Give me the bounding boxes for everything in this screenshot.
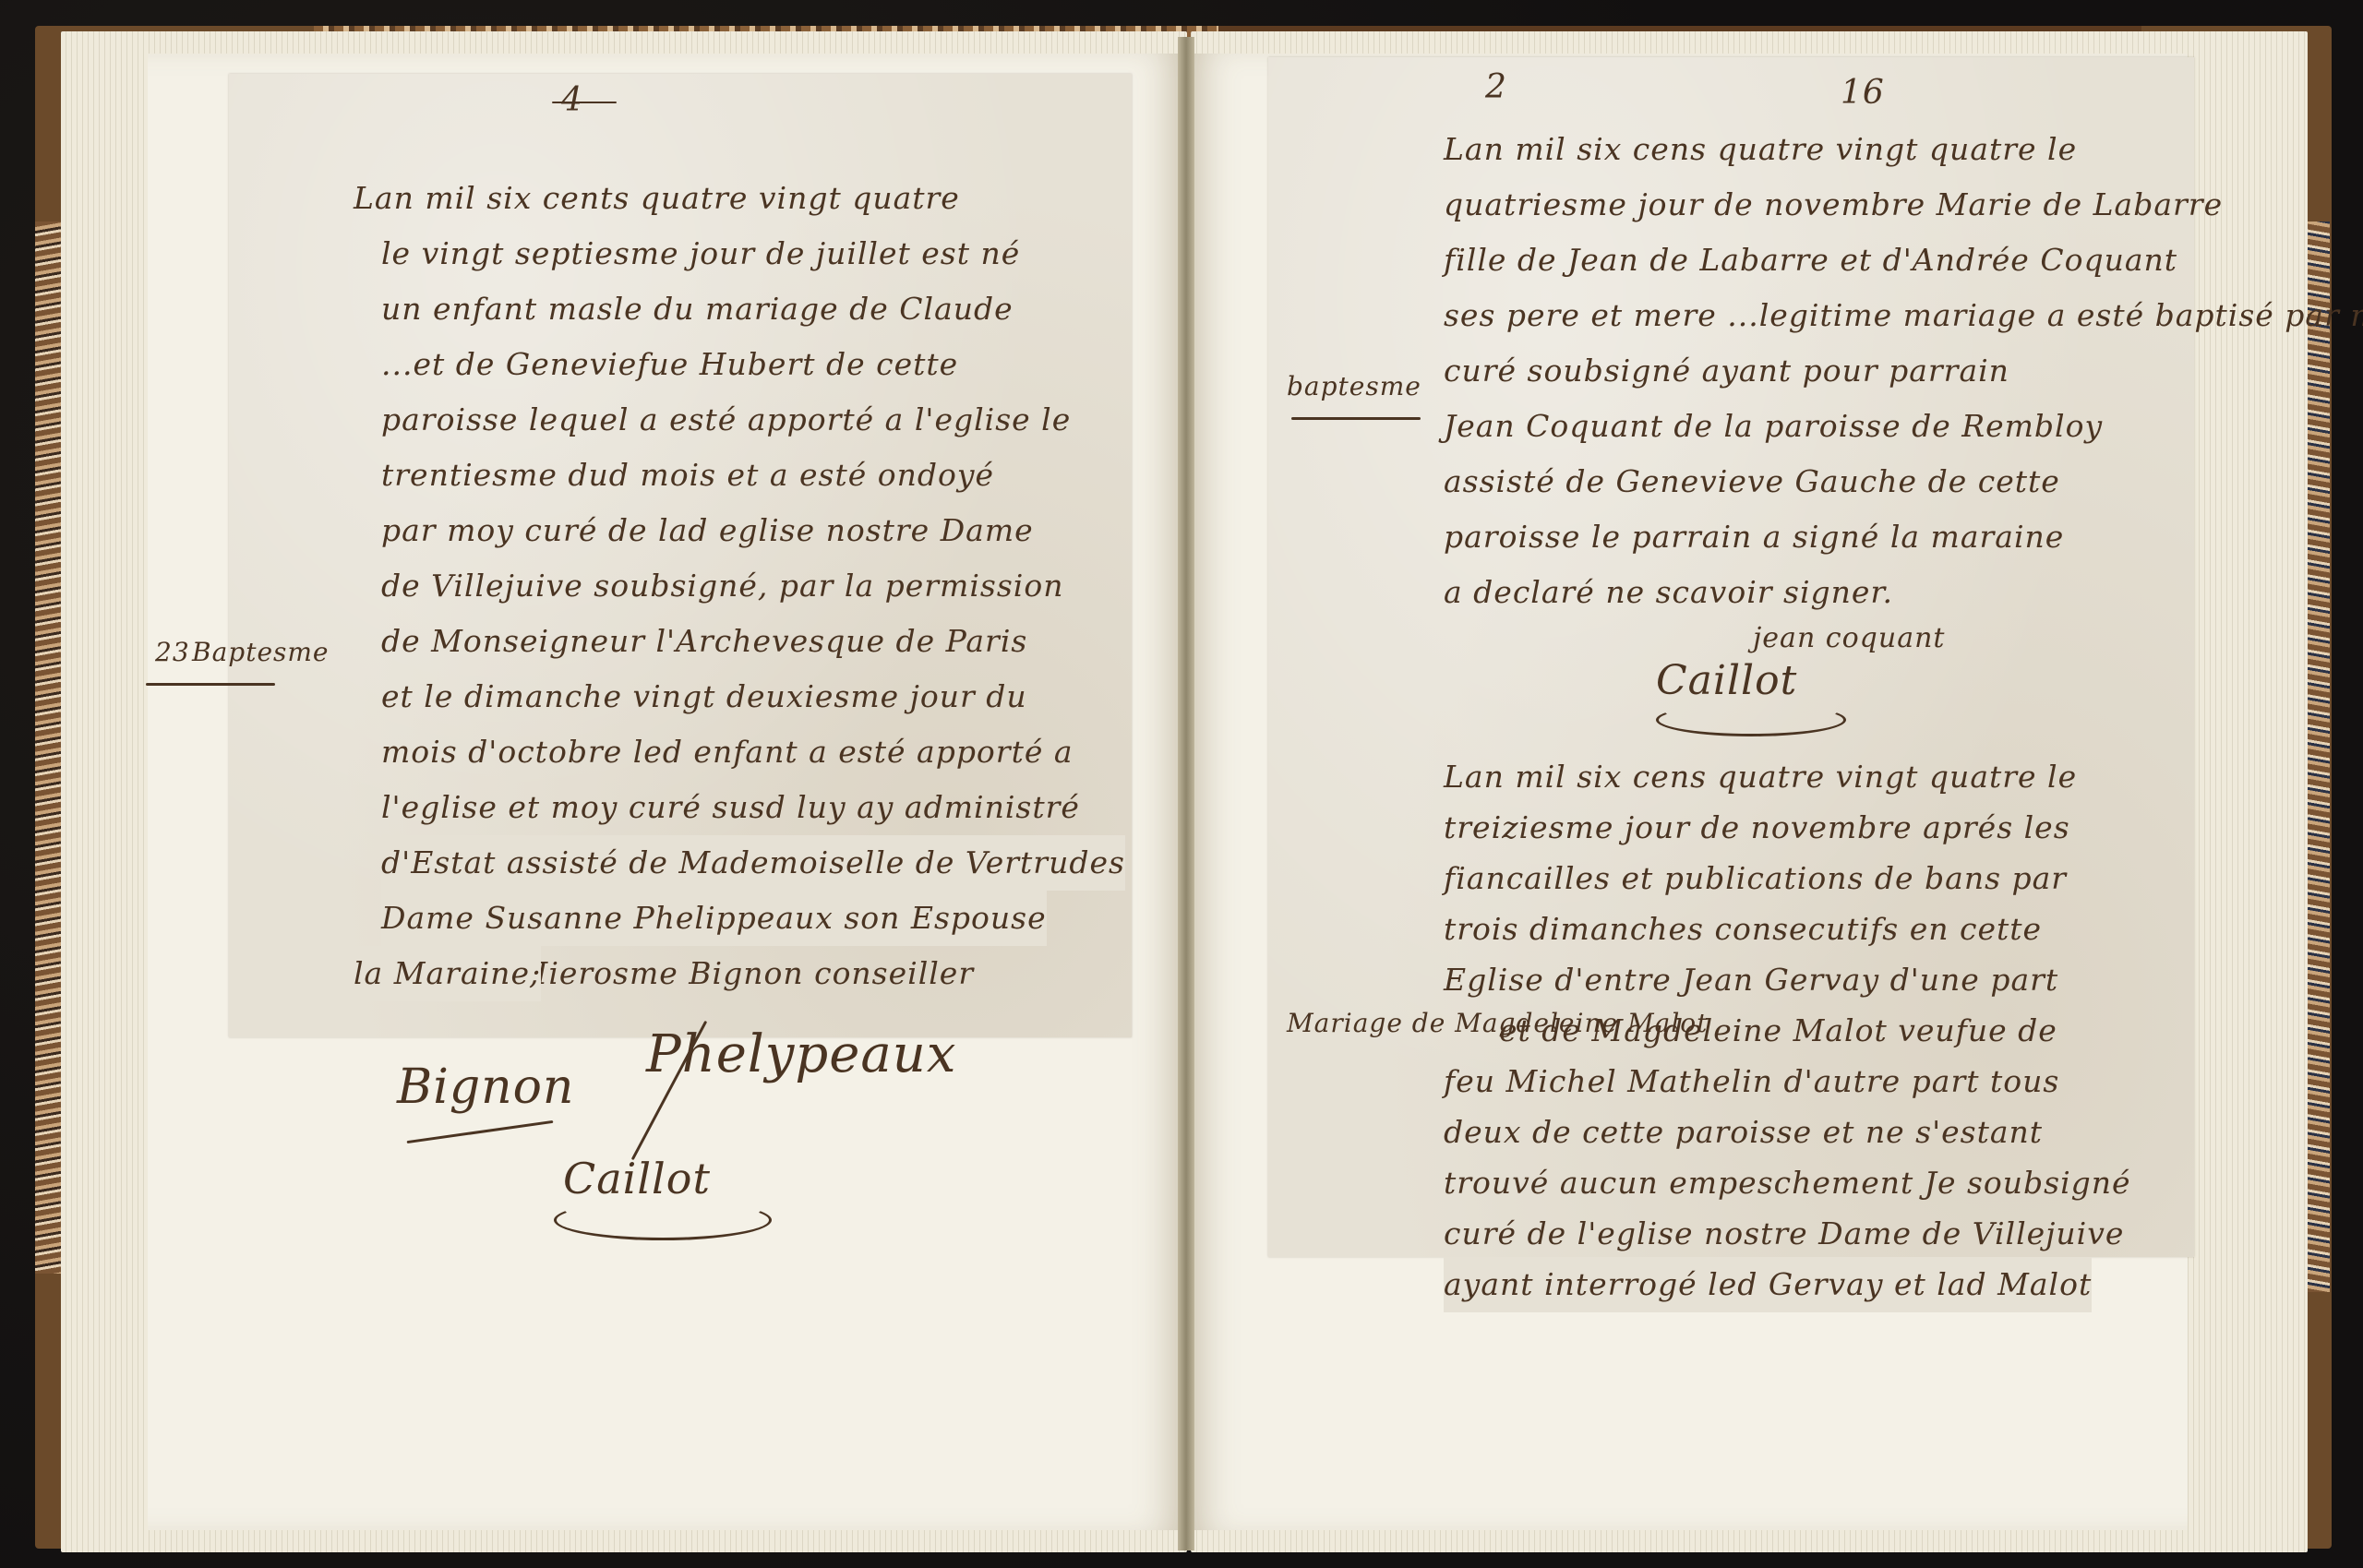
margin-note: baptesme bbox=[1287, 371, 1421, 401]
text-line: Lan mil six cens quatre vingt quatre le bbox=[1444, 749, 2077, 805]
text-line: a declaré ne scavoir signer. bbox=[1444, 565, 1893, 620]
signature-caillot: Caillot bbox=[1656, 657, 1797, 704]
text-line: ses pere et mere ...legitime mariage a e… bbox=[1444, 288, 2363, 343]
text-line: assisté de Genevieve Gauche de cette bbox=[1444, 454, 2060, 509]
manuscript-right: 2 16 Lan mil six cens quatre vingt quatr… bbox=[1268, 57, 2194, 1257]
margin-note: Mariage de Magdeleine Malot bbox=[1287, 1008, 1708, 1038]
marbled-endpaper-left bbox=[35, 221, 63, 1274]
text-line: fille de Jean de Labarre et d'Andrée Coq… bbox=[1444, 233, 2177, 288]
text-line: trois dimanches consecutifs en cette bbox=[1444, 902, 2042, 957]
manuscript-left-bottom: d'Estat assisté de Mademoiselle de Vertr… bbox=[229, 74, 1132, 1037]
text-line: la Maraine; bbox=[354, 946, 541, 1001]
signature-flourish bbox=[1656, 703, 1846, 736]
foliation-number: 16 bbox=[1841, 74, 1885, 112]
text-line: ayant interrogé led Gervay et lad Malot bbox=[1444, 1257, 2092, 1312]
book-gutter bbox=[1178, 37, 1194, 1550]
text-line: deux de cette paroisse et ne s'estant bbox=[1444, 1105, 2043, 1160]
margin-note-prefix: 23 bbox=[155, 637, 190, 667]
text-line: treiziesme jour de novembre aprés les bbox=[1444, 800, 2070, 856]
signature-bignon: Bignon bbox=[397, 1059, 574, 1115]
text-line: curé soubsigné ayant pour parrain bbox=[1444, 343, 2009, 399]
text-line: paroisse le parrain a signé la maraine bbox=[1444, 509, 2064, 565]
signature-coquant: jean coquant bbox=[1753, 622, 1945, 654]
text-line: Jean Coquant de la paroisse de Rembloy bbox=[1444, 399, 2103, 454]
text-line: Dame Susanne Phelippeaux son Espouse bbox=[381, 891, 1047, 946]
margin-note-rule bbox=[1291, 417, 1421, 420]
foliation-number-old: 2 bbox=[1485, 68, 1507, 106]
signature-phelypeaux: Phelypeaux bbox=[646, 1024, 956, 1084]
text-line: fiancailles et publications de bans par bbox=[1444, 851, 2067, 906]
text-line: Lan mil six cens quatre vingt quatre le bbox=[1444, 122, 2077, 177]
signature-caillot: Caillot bbox=[563, 1154, 711, 1203]
signature-flourish bbox=[554, 1200, 772, 1240]
text-line: feu Michel Mathelin d'autre part tous bbox=[1444, 1054, 2059, 1109]
text-line: trouvé aucun empeschement Je soubsigné bbox=[1444, 1155, 2131, 1211]
text-line: curé de l'eglise nostre Dame de Villejui… bbox=[1444, 1206, 2124, 1262]
text-line: d'Estat assisté de Mademoiselle de Vertr… bbox=[381, 835, 1125, 891]
text-line: quatriesme jour de novembre Marie de Lab… bbox=[1444, 177, 2223, 233]
text-line: Eglise d'entre Jean Gervay d'une part bbox=[1444, 952, 2058, 1008]
